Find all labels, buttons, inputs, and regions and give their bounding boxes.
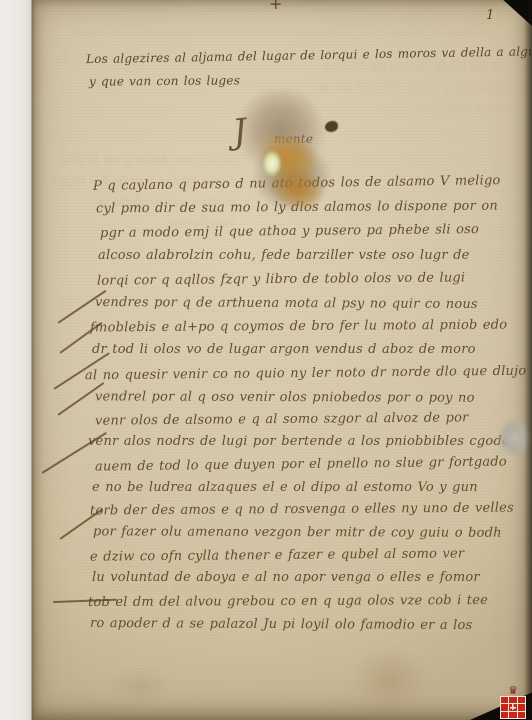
paper-edge-shadow — [524, 0, 532, 720]
ghost-text: e los dhos moros de la dha aljama q ende… — [300, 56, 500, 119]
header-line: y que van con los luges — [89, 73, 240, 88]
manuscript-line: dr tod li olos vo de lugar argon vendus … — [92, 342, 476, 357]
manuscript-line: vendrel por al q oso venir olos pniobedo… — [95, 389, 475, 405]
manuscript-line: ro apoder d a se palazol Ju pi loyil olo… — [90, 616, 472, 633]
shield-cross — [509, 704, 516, 710]
manuscript-line: cyl pmo dir de sua mo lo ly dlos alamos … — [96, 199, 498, 217]
manuscript-line: por fazer olu amenano vezgon ber mitr de… — [93, 524, 502, 540]
manuscript-line: vendres por q de arthuena mota al psy no… — [95, 295, 478, 312]
manuscript-scan: co az vno delos q en la dha carta de los… — [0, 0, 532, 720]
manuscript-line: e no be ludrea alzaques el e ol dipo al … — [92, 480, 478, 495]
manuscript-line: lu voluntad de aboya e al no apor venga … — [92, 570, 480, 585]
manuscript-line: tob el dm del alvou grebou co en q uga o… — [88, 593, 488, 610]
manuscript-line: alcoso alabrolzin cohu, fede barziller v… — [98, 248, 470, 263]
manuscript-line: fmoblebis e al+po q coymos de bro fer lu… — [90, 318, 507, 336]
manuscript-line: venr alos nodrs de lugi por bertende a l… — [88, 434, 516, 449]
invocation-cross-mark: + — [269, 0, 282, 13]
archive-emblem: ♛ — [498, 685, 528, 719]
paper-edge — [31, 0, 35, 720]
manuscript-line: lorqi cor q aqllos fzqr y libro de toblo… — [97, 270, 465, 288]
emblem-shield — [500, 696, 526, 719]
section-heading-word: mente — [274, 132, 313, 146]
backing-page — [0, 0, 34, 720]
manuscript-line: torb der des amos e q no d rosvenga o el… — [90, 501, 514, 519]
crown-icon: ♛ — [498, 685, 528, 696]
page-number: 1 — [486, 8, 494, 23]
